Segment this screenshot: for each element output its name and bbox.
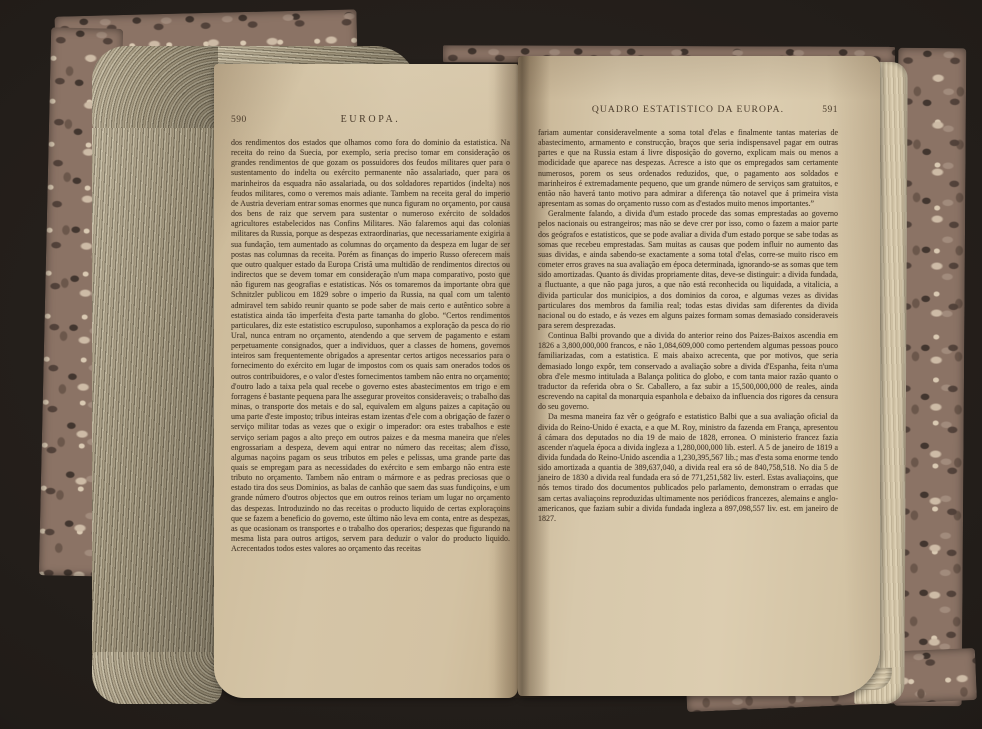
left-running-head: 590 EUROPA.	[231, 114, 510, 125]
body-paragraph: Da mesma maneira faz vêr o geógrafo e es…	[538, 412, 838, 524]
page-stack-bottom-corner	[92, 652, 222, 704]
page-stack-fore-edge	[92, 128, 220, 654]
body-paragraph: Continua Balbi provando que a divida do …	[538, 331, 838, 412]
body-paragraph: Geralmente falando, a divida d'um estado…	[538, 209, 838, 331]
right-running-head: QUADRO ESTATISTICO DA EUROPA. 591	[538, 104, 838, 115]
body-paragraph: fariam aumentar consideravelmente a soma…	[538, 128, 838, 209]
right-page-text: fariam aumentar consideravelmente a soma…	[538, 128, 838, 524]
right-page-number: 591	[792, 105, 838, 115]
right-page: QUADRO ESTATISTICO DA EUROPA. 591 fariam…	[518, 56, 880, 696]
left-page-text: dos rendimentos dos estados que olhamos …	[231, 138, 510, 554]
page-stack-top-corner	[92, 46, 220, 130]
photo-background: 590 EUROPA. dos rendimentos dos estados …	[0, 0, 982, 729]
left-page-number: 590	[231, 115, 277, 125]
right-running-title: QUADRO ESTATISTICO DA EUROPA.	[584, 104, 792, 115]
left-page: 590 EUROPA. dos rendimentos dos estados …	[214, 64, 518, 698]
body-paragraph: dos rendimentos dos estados que olhamos …	[231, 138, 510, 554]
left-running-title: EUROPA.	[277, 114, 464, 125]
